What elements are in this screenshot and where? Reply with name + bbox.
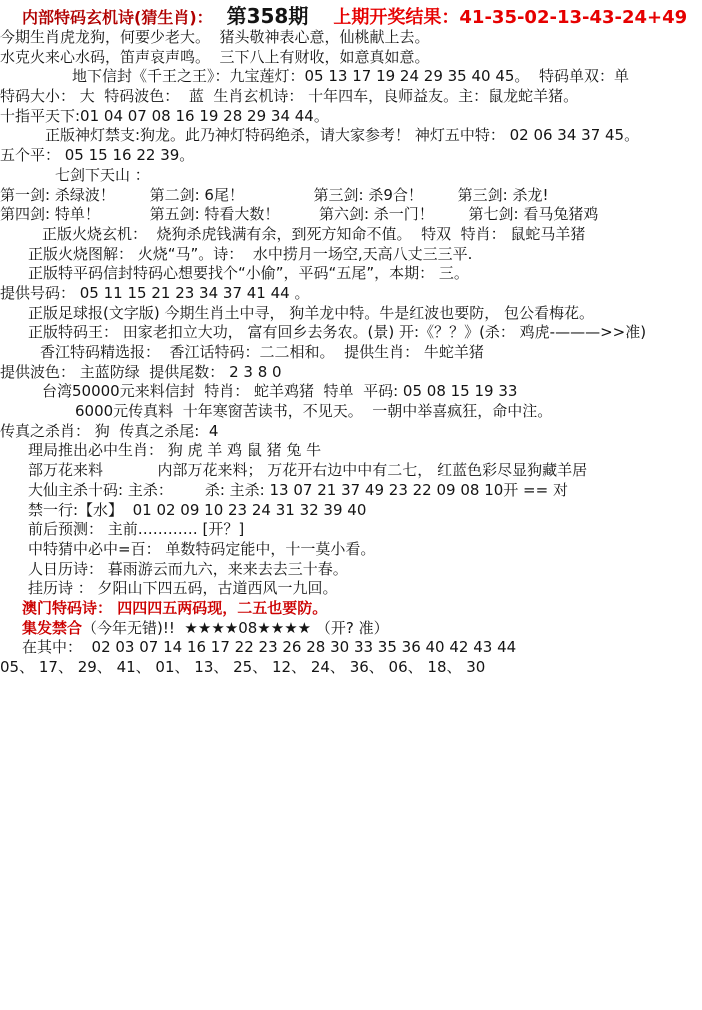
- line-segment: 内部特码玄机诗(猜生肖)：: [22, 8, 213, 27]
- line-segment: 挂历诗 ： 夕阳山下四五码，古道西风一九回。: [28, 579, 338, 597]
- provided-numbers-line: 提供号码： 05 11 15 21 23 34 37 41 44 。: [0, 284, 702, 304]
- line-segment: 正版火烧玄机： 烧狗杀虎钱满有余，到死方知命不值。 特双 特肖： 鼠蛇马羊猪: [42, 225, 585, 243]
- line-segment: 禁一行:【水】 01 02 09 10 23 24 31 32 39 40: [28, 501, 366, 519]
- line-segment: 台湾50000元来料信封 特肖： 蛇羊鸡猪 特单 平码: 05 08 15 19…: [42, 382, 517, 400]
- line-segment: 特码大小： 大 特码波色： 蓝 生肖玄机诗： 十年四车，良师益友。主：鼠龙蛇羊猪…: [0, 87, 578, 105]
- line-segment: 澳门特码诗： 四四四五两码现，二五也要防。: [22, 599, 327, 617]
- line-segment: 正版足球报(文字版) 今期生肖土中寻， 狗羊龙中特。牛是红波也要防， 包公看梅花…: [28, 304, 594, 322]
- wall-calendar-line: 挂历诗 ： 夕阳山下四五码，古道西风一九回。: [0, 579, 702, 599]
- line-segment: 传真之杀肖： 狗 传真之杀尾: 4: [0, 422, 218, 440]
- line-segment: 地下信封《千王之王》：九宝莲灯：05 13 17 19 24 29 35 40 …: [72, 67, 629, 85]
- football-report-line: 正版足球报(文字版) 今期生肖土中寻， 狗羊龙中特。牛是红波也要防， 包公看梅花…: [0, 304, 702, 324]
- line-segment: 正版特码王： 田家老扣立大功， 富有回乡去务农。(景) 开:《？？》(杀： 鸡虎…: [28, 323, 646, 341]
- fax-material-line: 6000元传真料 十年寒窗苦读书，不见天。 一朝中举喜疯狂，命中注。: [0, 402, 702, 422]
- line-segment: 人日历诗： 暮雨游云而九六，来来去去三十春。: [28, 560, 348, 578]
- line-segment: 正版特平码信封特码心想要找个“小偷”，平码“五尾”，本期： 三。: [28, 264, 469, 282]
- line-segment: 第358期: [213, 5, 309, 28]
- magic-lamp-line: 正版神灯禁支:狗龙。此乃神灯特码绝杀，请大家参考！ 神灯五中特： 02 06 3…: [0, 126, 702, 146]
- line-segment: 今期生肖虎龙狗，何要少老大。 猪头敬神表心意，仙桃献上去。: [0, 28, 430, 46]
- line-segment: 集发禁合: [22, 619, 82, 637]
- line-segment: 第四剑: 特单！ 第五剑: 特看大数！ 第六剑: 杀一门！ 第七剑: 看马兔猪鸡: [0, 205, 598, 223]
- line-segment: 正版火烧图解： 火烧“马”。诗： 水中捞月一场空,天高八丈三三平.: [28, 245, 472, 263]
- line-segment: 提供波色： 主蓝防绿 提供尾数： 2 3 8 0: [0, 363, 282, 381]
- line-segment: 上期开奖结果：41-35-02-13-43-24+49: [308, 7, 687, 28]
- line-segment: 提供号码： 05 11 15 21 23 34 37 41 44 。: [0, 284, 309, 302]
- line-segment: 在其中： 02 03 07 14 16 17 22 23 26 28 30 33…: [22, 638, 516, 656]
- underground-envelope-line: 地下信封《千王之王》：九宝莲灯：05 13 17 19 24 29 35 40 …: [0, 67, 702, 87]
- middle-special-line: 中特猜中必中=百： 单数特码定能中，十一莫小看。: [0, 540, 702, 560]
- line-segment: 理局推出必中生肖： 狗 虎 羊 鸡 鼠 猪 兔 牛: [28, 441, 321, 459]
- wave-color-line: 提供波色： 主蓝防绿 提供尾数： 2 3 8 0: [0, 363, 702, 383]
- immortal-kill-line: 大仙主杀十码: 主杀： 杀: 主杀: 13 07 21 37 49 23 22 …: [0, 481, 702, 501]
- swords-row-1: 第一剑: 杀绿波！ 第二剑: 6尾！ 第三剑: 杀9合！ 第三剑: 杀龙!: [0, 186, 702, 206]
- special-code-king-line: 正版特码王： 田家老扣立大功， 富有回乡去务农。(景) 开:《？？》(杀： 鸡虎…: [0, 323, 702, 343]
- macau-poem-line: 澳门特码诗： 四四四五两码现，二五也要防。: [0, 599, 702, 619]
- poem-line: 今期生肖虎龙狗，何要少老大。 猪头敬神表心意，仙桃献上去。: [0, 28, 702, 48]
- lottery-tip-sheet: 内部特码玄机诗(猜生肖)： 第358期 上期开奖结果：41-35-02-13-4…: [0, 0, 702, 1010]
- calendar-poem-line: 人日历诗： 暮雨游云而九六，来来去去三十春。: [0, 560, 702, 580]
- bureau-zodiac-line: 理局推出必中生肖： 狗 虎 羊 鸡 鼠 猪 兔 牛: [0, 441, 702, 461]
- line-segment: 水克火来心水码，笛声哀声鸣。 三下八上有财收，如意真如意。: [0, 48, 430, 66]
- line-segment: 第一剑: 杀绿波！ 第二剑: 6尾！ 第三剑: 杀9合！ 第三剑: 杀龙!: [0, 186, 548, 204]
- taiwan-material-line: 台湾50000元来料信封 特肖： 蛇羊鸡猪 特单 平码: 05 08 15 19…: [0, 382, 702, 402]
- line-segment: 中特猜中必中=百： 单数特码定能中，十一莫小看。: [28, 540, 375, 558]
- line-segment: 香江特码精选报： 香江话特码：二二相和。 提供生肖： 牛蛇羊猪: [40, 343, 484, 361]
- fire-diagram-line: 正版火烧图解： 火烧“马”。诗： 水中捞月一场空,天高八丈三三平.: [0, 245, 702, 265]
- among-them-line: 在其中： 02 03 07 14 16 17 22 23 26 28 30 33…: [0, 638, 702, 658]
- line-segment: 大仙主杀十码: 主杀： 杀: 主杀: 13 07 21 37 49 23 22 …: [28, 481, 568, 499]
- line-segment: 十指平天下:01 04 07 08 16 19 28 29 34 44。: [0, 107, 329, 125]
- seven-swords-title-line: 七剑下天山 ：: [0, 166, 702, 186]
- bottom-numbers-line: 05、 17、 29、 41、 01、 13、 25、 12、 24、 36、 …: [0, 658, 702, 678]
- line-segment: （今年无错)!! ★★★★08★★★★ （开? 准）: [82, 619, 389, 637]
- line-segment: 五个平： 05 15 16 22 39。: [0, 146, 194, 164]
- line-segment: 05、 17、 29、 41、 01、 13、 25、 12、 24、 36、 …: [0, 658, 485, 676]
- hongkong-report-line: 香江特码精选报： 香江话特码：二二相和。 提供生肖： 牛蛇羊猪: [0, 343, 702, 363]
- five-ping-line: 五个平： 05 15 16 22 39。: [0, 146, 702, 166]
- header-line: 内部特码玄机诗(猜生肖)： 第358期 上期开奖结果：41-35-02-13-4…: [0, 5, 702, 28]
- ten-fingers-line: 十指平天下:01 04 07 08 16 19 28 29 34 44。: [0, 107, 702, 127]
- wanhua-material-line: 部万花来料 内部万花来料； 万花开右边中中有二七， 红蓝色彩尽显狗藏羊居: [0, 461, 702, 481]
- fax-kill-line: 传真之杀肖： 狗 传真之杀尾: 4: [0, 422, 702, 442]
- sheet-lines: 内部特码玄机诗(猜生肖)： 第358期 上期开奖结果：41-35-02-13-4…: [0, 0, 702, 678]
- line-segment: 6000元传真料 十年寒窗苦读书，不见天。 一朝中举喜疯狂，命中注。: [75, 402, 552, 420]
- line-segment: 前后预测： 主前………… [开？]: [28, 520, 244, 538]
- jifa-forbidden-line: 集发禁合（今年无错)!! ★★★★08★★★★ （开? 准）: [0, 619, 702, 639]
- forbidden-row-line: 禁一行:【水】 01 02 09 10 23 24 31 32 39 40: [0, 501, 702, 521]
- fire-mystery-line: 正版火烧玄机： 烧狗杀虎钱满有余，到死方知命不值。 特双 特肖： 鼠蛇马羊猪: [0, 225, 702, 245]
- line-segment: 正版神灯禁支:狗龙。此乃神灯特码绝杀，请大家参考！ 神灯五中特： 02 06 3…: [45, 126, 639, 144]
- line-segment: 部万花来料 内部万花来料； 万花开右边中中有二七， 红蓝色彩尽显狗藏羊居: [28, 461, 587, 479]
- poem-line: 水克火来心水码，笛声哀声鸣。 三下八上有财收，如意真如意。: [0, 48, 702, 68]
- line-segment: 七剑下天山 ：: [55, 166, 150, 184]
- before-after-line: 前后预测： 主前………… [开？]: [0, 520, 702, 540]
- swords-row-2: 第四剑: 特单！ 第五剑: 特看大数！ 第六剑: 杀一门！ 第七剑: 看马兔猪鸡: [0, 205, 702, 225]
- special-ping-envelope-line: 正版特平码信封特码心想要找个“小偷”，平码“五尾”，本期： 三。: [0, 264, 702, 284]
- size-wave-line: 特码大小： 大 特码波色： 蓝 生肖玄机诗： 十年四车，良师益友。主：鼠龙蛇羊猪…: [0, 87, 702, 107]
